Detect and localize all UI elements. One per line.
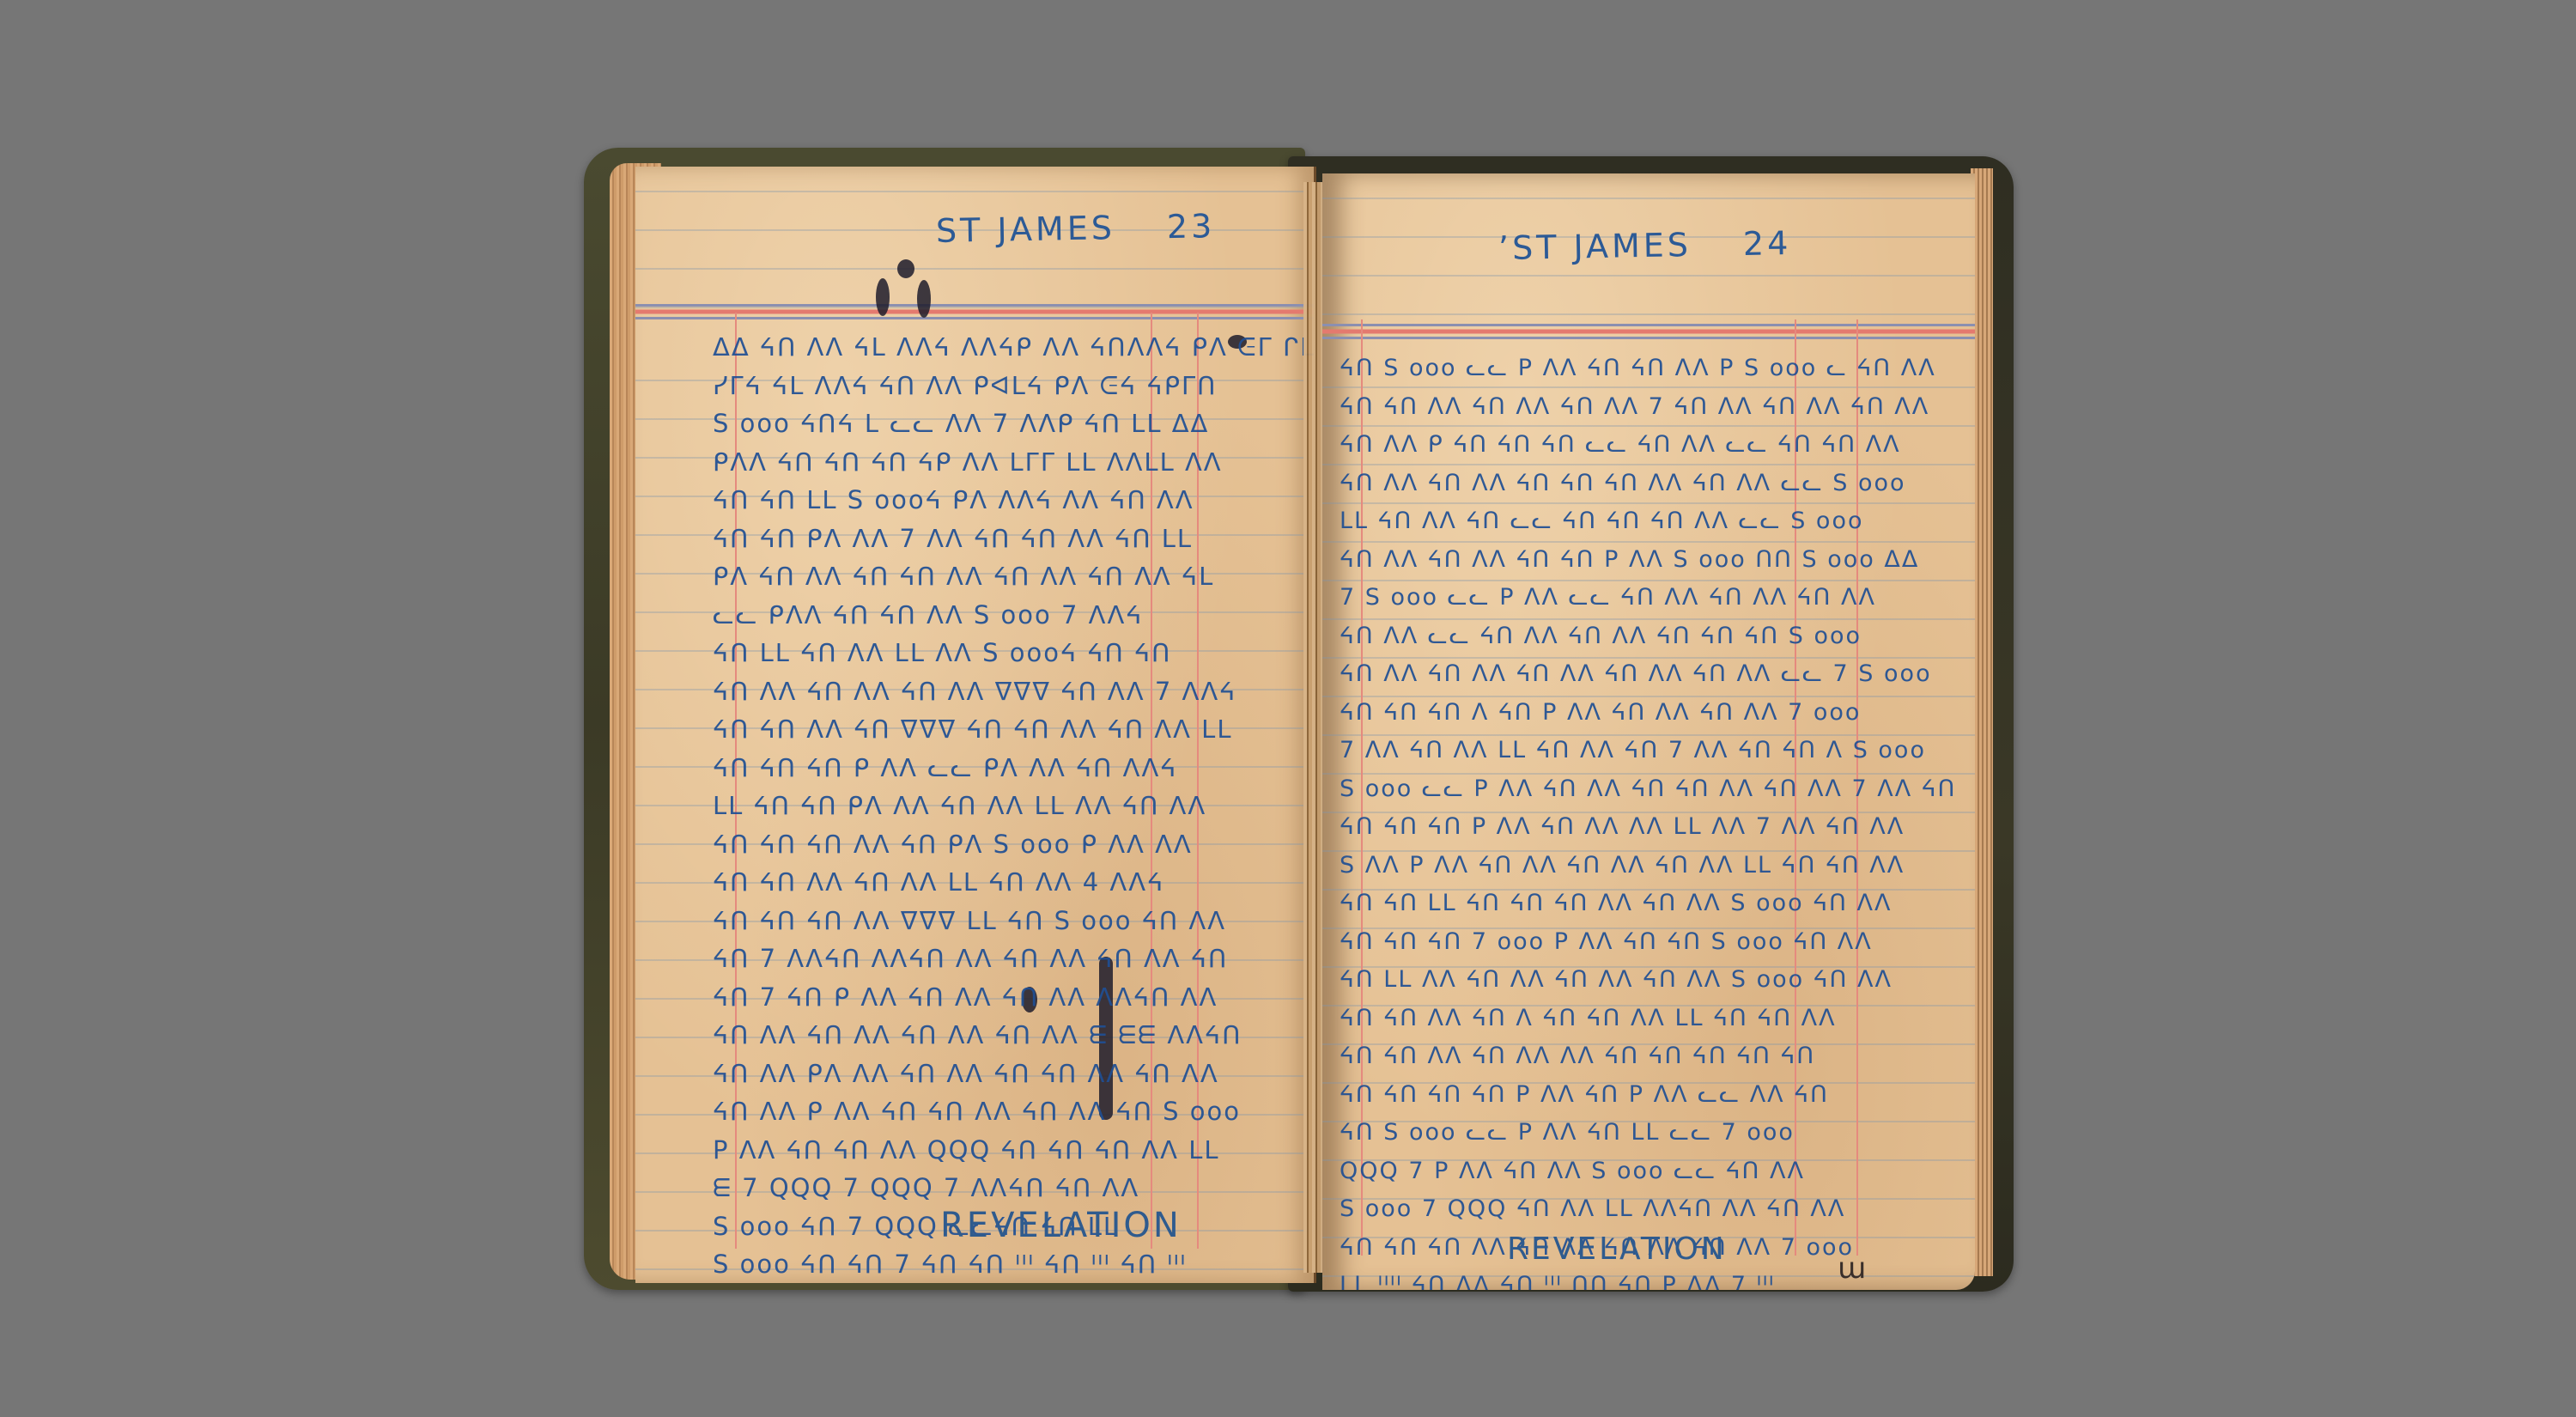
text-line: ᔦᑎ ᐱᐱ ᑭ ᐱᐱ ᔦᑎ ᔦᑎ ᐱᐱ ᔦᑎ ᐱᐱ ᔦᑎ S ooo <box>713 1092 1315 1131</box>
heading-prefix-mark: ʼ <box>1498 229 1513 267</box>
text-line: ᔦᑎ ᐱᐱ ᑭᐱ ᐱᐱ ᔦᑎ ᐱᐱ ᔦᑎ ᔦᑎ ᐱᐱ ᔦᑎ ᐱᐱ <box>713 1055 1315 1093</box>
page-footer: REVELATION <box>940 1206 1182 1245</box>
text-line: ᔦᑎ ᐱᐱ ᔦᑎ ᐱᐱ ᔦᑎ ᔦᑎ P ᐱᐱ S ooo ᑎᑎ S ooo ᐃᐃ <box>1340 541 1956 580</box>
text-line: ᔦᑎ ᐱᐱ ᔦᑎ ᐱᐱ ᔦᑎ ᐱᐱ ᔦᑎ ᐱᐱ ᗴ ᗴᗴ ᐱᐱᔦᑎ <box>713 1016 1315 1055</box>
text-line: ᔦᑎ ᔦᑎ ᔦᑎ P ᐱᐱ ᔦᑎ ᐱᐱ ᐱᐱ ᒪᒪ ᐱᐱ 7 ᐱᐱ ᔦᑎ ᐱᐱ <box>1340 808 1956 847</box>
text-line: ᑭᐱ ᔦᑎ ᐱᐱ ᔦᑎ ᔦᑎ ᐱᐱ ᔦᑎ ᐱᐱ ᔦᑎ ᐱᐱ ᔦᒪ <box>713 557 1315 596</box>
text-line: ᔦᑎ ᐱᐱ ᔦᑎ ᐱᐱ ᔦᑎ ᐱᐱ ᐁᐁᐁ ᔦᑎ ᐱᐱ 7 ᐱᐱᔦ <box>713 672 1315 711</box>
text-line: ᔦᑎ ᐱᐱ ᔦᑎ ᐱᐱ ᔦᑎ ᔦᑎ ᔦᑎ ᐱᐱ ᔦᑎ ᐱᐱ ᓚᓚ S ooo <box>1340 465 1956 503</box>
page-number: 24 <box>1743 224 1792 263</box>
text-line: S ooo ᓚᓚ P ᐱᐱ ᔦᑎ ᐱᐱ ᔦᑎ ᔦᑎ ᐱᐱ ᔦᑎ ᐱᐱ 7 ᐱᐱ … <box>1340 770 1956 809</box>
text-line: ᔦᑎ ᐱᐱ ᔦᑎ ᐱᐱ ᔦᑎ ᐱᐱ ᔦᑎ ᐱᐱ ᔦᑎ ᐱᐱ ᓚᓚ 7 S ooo <box>1340 655 1956 694</box>
text-line: S ooo 7 QQQ ᔦᑎ ᐱᐱ ᒪᒪ ᐱᐱᔦᑎ ᐱᐱ ᔦᑎ ᐱᐱ <box>1340 1190 1956 1229</box>
text-line: ᔦᑎ ᔦᑎ ᔦᑎ ᐱᐱ ᐁᐁᐁ ᒪᒪ ᔦᑎ S ooo ᔦᑎ ᐱᐱ <box>713 902 1315 940</box>
page-number: 23 <box>1166 207 1215 246</box>
text-line: ᔦᑎ S ooo ᓚᓚ P ᐱᐱ ᔦᑎ ᒪᒪ ᓚᓚ 7 ooo <box>1340 1114 1956 1152</box>
text-line: ᔦᑎ ᔦᑎ ᐱᐱ ᔦᑎ ᐱᐱ ᔦᑎ ᐱᐱ 7 ᔦᑎ ᐱᐱ ᔦᑎ ᐱᐱ ᔦᑎ ᐱᐱ <box>1340 388 1956 427</box>
text-line: ᔦᑎ ᔦᑎ ᐱᐱ ᔦᑎ ᐁᐁᐁ ᔦᑎ ᔦᑎ ᐱᐱ ᔦᑎ ᐱᐱ ᒪᒪ <box>713 710 1315 749</box>
handwritten-text: ᔦᑎ S ooo ᓚᓚ P ᐱᐱ ᔦᑎ ᔦᑎ ᐱᐱ P S ooo ᓚ ᔦᑎ ᐱ… <box>1340 350 1956 1290</box>
ink-blot <box>917 280 931 318</box>
left-page: ST JAMES23 ᐃᐃ ᔦᑎ ᐱᐱ ᔦᒪ ᐱᐱᔦ ᐱᐱᔦᑭ ᐱᐱ ᔦᑎᐱᐱᔦ… <box>635 167 1316 1283</box>
open-notebook: ST JAMES23 ᐃᐃ ᔦᑎ ᐱᐱ ᔦᒪ ᐱᐱᔦ ᐱᐱᔦᑭ ᐱᐱ ᔦᑎᐱᐱᔦ… <box>584 148 2014 1294</box>
text-line: ᑭᐱᐱ ᔦᑎ ᔦᑎ ᔦᑎ ᔦᑭ ᐱᐱ ᒪᒥᒥ ᒪᒪ ᐱᐱᒪᒪ ᐱᐱ <box>713 443 1315 482</box>
corner-squiggle-mark: ɯ <box>1838 1251 1866 1286</box>
text-line: ᒪᒪ ᔦᑎ ᔦᑎ ᑭᐱ ᐱᐱ ᔦᑎ ᐱᐱ ᒪᒪ ᐱᐱ ᔦᑎ ᐱᐱ <box>713 787 1315 825</box>
text-line: ᔦᑎ ᔦᑎ ᔦᑎ ᐱᐱ ᔦᑎ ᑭᐱ S ooo ᑭ ᐱᐱ ᐱᐱ <box>713 825 1315 864</box>
text-line: ᔦᑎ ᒪᒪ ᐱᐱ ᔦᑎ ᐱᐱ ᔦᑎ ᐱᐱ ᔦᑎ ᐱᐱ S ooo ᔦᑎ ᐱᐱ <box>1340 961 1956 1000</box>
text-line: ᔦᑎ ᔦᑎ ᐱᐱ ᔦᑎ ᐱᐱ ᒪᒪ ᔦᑎ ᐱᐱ 4 ᐱᐱᔦ <box>713 863 1315 902</box>
text-line: ᐃᐃ ᔦᑎ ᐱᐱ ᔦᒪ ᐱᐱᔦ ᐱᐱᔦᑭ ᐱᐱ ᔦᑎᐱᐱᔦ ᑭᐱ ᕮᒥ ᒋᒪ <box>713 328 1315 367</box>
text-line: S ooo ᔦᑎᔦ ᒪ ᓚᓚ ᐱᐱ 7 ᐱᐱᑭ ᔦᑎ ᒪᒪ ᐃᐃ <box>713 404 1315 443</box>
text-line: ᔦᑎ ᔦᑎ ᔦᑎ 7 ooo P ᐱᐱ ᔦᑎ ᔦᑎ S ooo ᔦᑎ ᐱᐱ <box>1340 923 1956 962</box>
ink-blot <box>897 259 914 278</box>
text-line: 7 ᐱᐱ ᔦᑎ ᐱᐱ ᒪᒪ ᔦᑎ ᐱᐱ ᔦᑎ 7 ᐱᐱ ᔦᑎ ᔦᑎ ᐱ S oo… <box>1340 732 1956 770</box>
text-line: S ᐱᐱ P ᐱᐱ ᔦᑎ ᐱᐱ ᔦᑎ ᐱᐱ ᔦᑎ ᐱᐱ ᒪᒪ ᔦᑎ ᔦᑎ ᐱᐱ <box>1340 847 1956 885</box>
text-line: ᒪᒪ ᔦᑎ ᐱᐱ ᔦᑎ ᓚᓚ ᔦᑎ ᔦᑎ ᔦᑎ ᐱᐱ ᓚᓚ S ooo <box>1340 502 1956 541</box>
text-line: ᔦᑎ ᔦᑎ ᐱᐱ ᔦᑎ ᐱᐱ ᐱᐱ ᔦᑎ ᔦᑎ ᔦᑎ ᔦᑎ ᔦᑎ <box>1340 1037 1956 1076</box>
text-line: S ooo ᔦᑎ ᔦᑎ 7 ᔦᑎ ᔦᑎ ᑊᑊᑊ ᔦᑎ ᑊᑊᑊ ᔦᑎ ᑊᑊᑊ <box>713 1245 1315 1283</box>
text-line: ᓚᓚ ᑭᐱᐱ ᔦᑎ ᔦᑎ ᐱᐱ S ooo 7 ᐱᐱᔦ <box>713 596 1315 635</box>
header-rule <box>635 304 1314 319</box>
text-line: P ᐱᐱ ᔦᑎ ᔦᑎ ᐱᐱ QQQ ᔦᑎ ᔦᑎ ᔦᑎ ᐱᐱ ᒪᒪ <box>713 1131 1315 1170</box>
page-heading: ʼST JAMES24 <box>1498 224 1792 267</box>
text-line: ᔦᑎ ᔦᑎ ᐱᐱ ᔦᑎ ᐱ ᔦᑎ ᔦᑎ ᐱᐱ ᒪᒪ ᔦᑎ ᔦᑎ ᐱᐱ <box>1340 1000 1956 1038</box>
heading-title: ST JAMES <box>936 209 1116 250</box>
ink-blot <box>876 278 890 316</box>
text-line: ᔦᑎ ᒪᒪ ᔦᑎ ᐱᐱ ᒪᒪ ᐱᐱ S oooᔦ ᔦᑎ ᔦᑎ <box>713 634 1315 672</box>
text-line: ᓯᒥᔦ ᔦᒪ ᐱᐱᔦ ᔦᑎ ᐱᐱ ᑭᐊᒪᔦ ᑭᐱ ᕮᔦ ᔦᑭᒥᑎ <box>713 367 1315 405</box>
text-line: ᔦᑎ ᔦᑎ ᑭᐱ ᐱᐱ 7 ᐱᐱ ᔦᑎ ᔦᑎ ᐱᐱ ᔦᑎ ᒪᒪ <box>713 520 1315 558</box>
text-line: ᗴ 7 QQQ 7 QQQ 7 ᐱᐱᔦᑎ ᔦᑎ ᐱᐱ <box>713 1169 1315 1207</box>
page-heading: ST JAMES23 <box>936 207 1216 250</box>
text-line: ᔦᑎ ᔦᑎ ᔦᑎ ᔦᑎ P ᐱᐱ ᔦᑎ P ᐱᐱ ᓚᓚ ᐱᐱ ᔦᑎ <box>1340 1076 1956 1115</box>
right-page: ʼST JAMES24 ᔦᑎ S ooo ᓚᓚ P ᐱᐱ ᔦᑎ ᔦᑎ ᐱᐱ P … <box>1322 173 1975 1290</box>
text-line: ᔦᑎ ᐱᐱ ᑭ ᔦᑎ ᔦᑎ ᔦᑎ ᓚᓚ ᔦᑎ ᐱᐱ ᓚᓚ ᔦᑎ ᔦᑎ ᐱᐱ <box>1340 426 1956 465</box>
text-line: ᔦᑎ ᔦᑎ ᔦᑎ ᑭ ᐱᐱ ᓚᓚ ᑭᐱ ᐱᐱ ᔦᑎ ᐱᐱᔦ <box>713 749 1315 788</box>
text-line: ᔦᑎ ᔦᑎ ᒪᒪ S oooᔦ ᑭᐱ ᐱᐱᔦ ᐱᐱ ᔦᑎ ᐱᐱ <box>713 481 1315 520</box>
text-line: ᔦᑎ ᔦᑎ ᔦᑎ ᐱ ᔦᑎ P ᐱᐱ ᔦᑎ ᐱᐱ ᔦᑎ ᐱᐱ 7 ooo <box>1340 694 1956 733</box>
page-footer: REVELATION <box>1507 1232 1727 1267</box>
text-line: ᔦᑎ S ooo ᓚᓚ P ᐱᐱ ᔦᑎ ᔦᑎ ᐱᐱ P S ooo ᓚ ᔦᑎ ᐱ… <box>1340 350 1956 388</box>
handwritten-text: ᐃᐃ ᔦᑎ ᐱᐱ ᔦᒪ ᐱᐱᔦ ᐱᐱᔦᑭ ᐱᐱ ᔦᑎᐱᐱᔦ ᑭᐱ ᕮᒥ ᒋᒪ ᓯ… <box>713 328 1315 1283</box>
text-line: ᔦᑎ ᔦᑎ ᒪᒪ ᔦᑎ ᔦᑎ ᔦᑎ ᐱᐱ ᔦᑎ ᐱᐱ S ooo ᔦᑎ ᐱᐱ <box>1340 885 1956 923</box>
text-line: ᔦᑎ 7 ᐱᐱᔦᑎ ᐱᐱᔦᑎ ᐱᐱ ᔦᑎ ᐱᐱ ᔦᑎ ᐱᐱ ᔦᑎ <box>713 940 1315 978</box>
text-line: QQQ 7 P ᐱᐱ ᔦᑎ ᐱᐱ S ooo ᓚᓚ ᔦᑎ ᐱᐱ <box>1340 1152 1956 1191</box>
heading-title: ST JAMES <box>1512 226 1692 267</box>
text-line: ᔦᑎ 7 ᔦᑎ ᑭ ᐱᐱ ᔦᑎ ᐱᐱ ᔦᑎ ᐱᐱ ᐱᐱᔦᑎ ᐱᐱ <box>713 978 1315 1017</box>
header-rule <box>1322 324 1975 339</box>
text-line: 7 S ooo ᓚᓚ P ᐱᐱ ᓚᓚ ᔦᑎ ᐱᐱ ᔦᑎ ᐱᐱ ᔦᑎ ᐱᐱ <box>1340 579 1956 617</box>
text-line: ᔦᑎ ᐱᐱ ᓚᓚ ᔦᑎ ᐱᐱ ᔦᑎ ᐱᐱ ᔦᑎ ᔦᑎ ᔦᑎ S ooo <box>1340 617 1956 656</box>
